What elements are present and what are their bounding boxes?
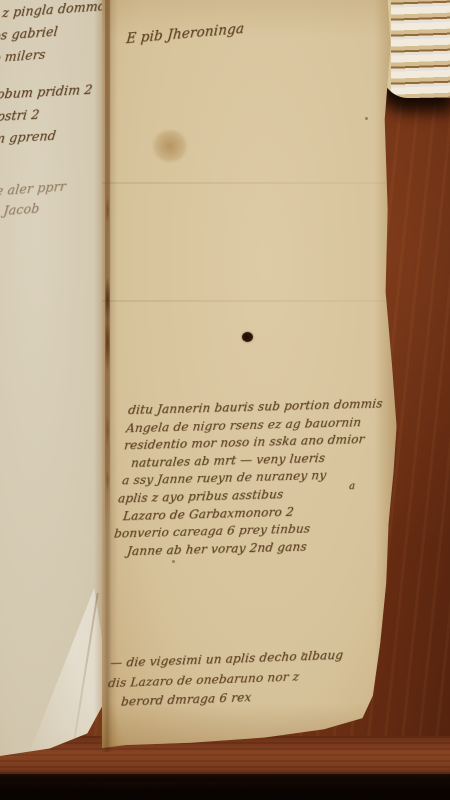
manuscript-line: p. Jacob <box>0 197 65 223</box>
interlinear-insertion: a <box>349 481 356 493</box>
left-page-text-block-top: aha z pingla dommd mos gabriel emp miler… <box>0 0 107 71</box>
paper-stack <box>382 0 450 98</box>
paper-speck <box>365 117 368 120</box>
page-edge-browning <box>102 0 398 748</box>
manuscript-photo: aha z pingla dommd mos gabriel emp miler… <box>0 0 450 800</box>
main-entry-paragraph: ditu Jannerin bauris sub portion dommis … <box>111 395 384 561</box>
wormhole <box>242 332 253 342</box>
horizontal-crease <box>102 300 398 302</box>
left-page-text-block-mid: Jacobum pridim 2 z apstri 2 y rim gprend <box>0 79 94 152</box>
left-page-text-block-low: mille aler pprr p. Jacob <box>0 176 67 223</box>
paper-speck <box>172 560 175 563</box>
manuscript-line: y rim gprend <box>0 123 88 151</box>
right-page: E pib Jheroninga ditu Jannerin bauris su… <box>102 0 398 748</box>
centre-fold-crease <box>105 0 110 740</box>
bottom-marginal-note: — die vigesimi un aplis decho albaug dis… <box>105 646 344 713</box>
floor-shadow <box>0 774 450 800</box>
ink-stain <box>152 130 188 162</box>
horizontal-crease <box>102 182 398 184</box>
